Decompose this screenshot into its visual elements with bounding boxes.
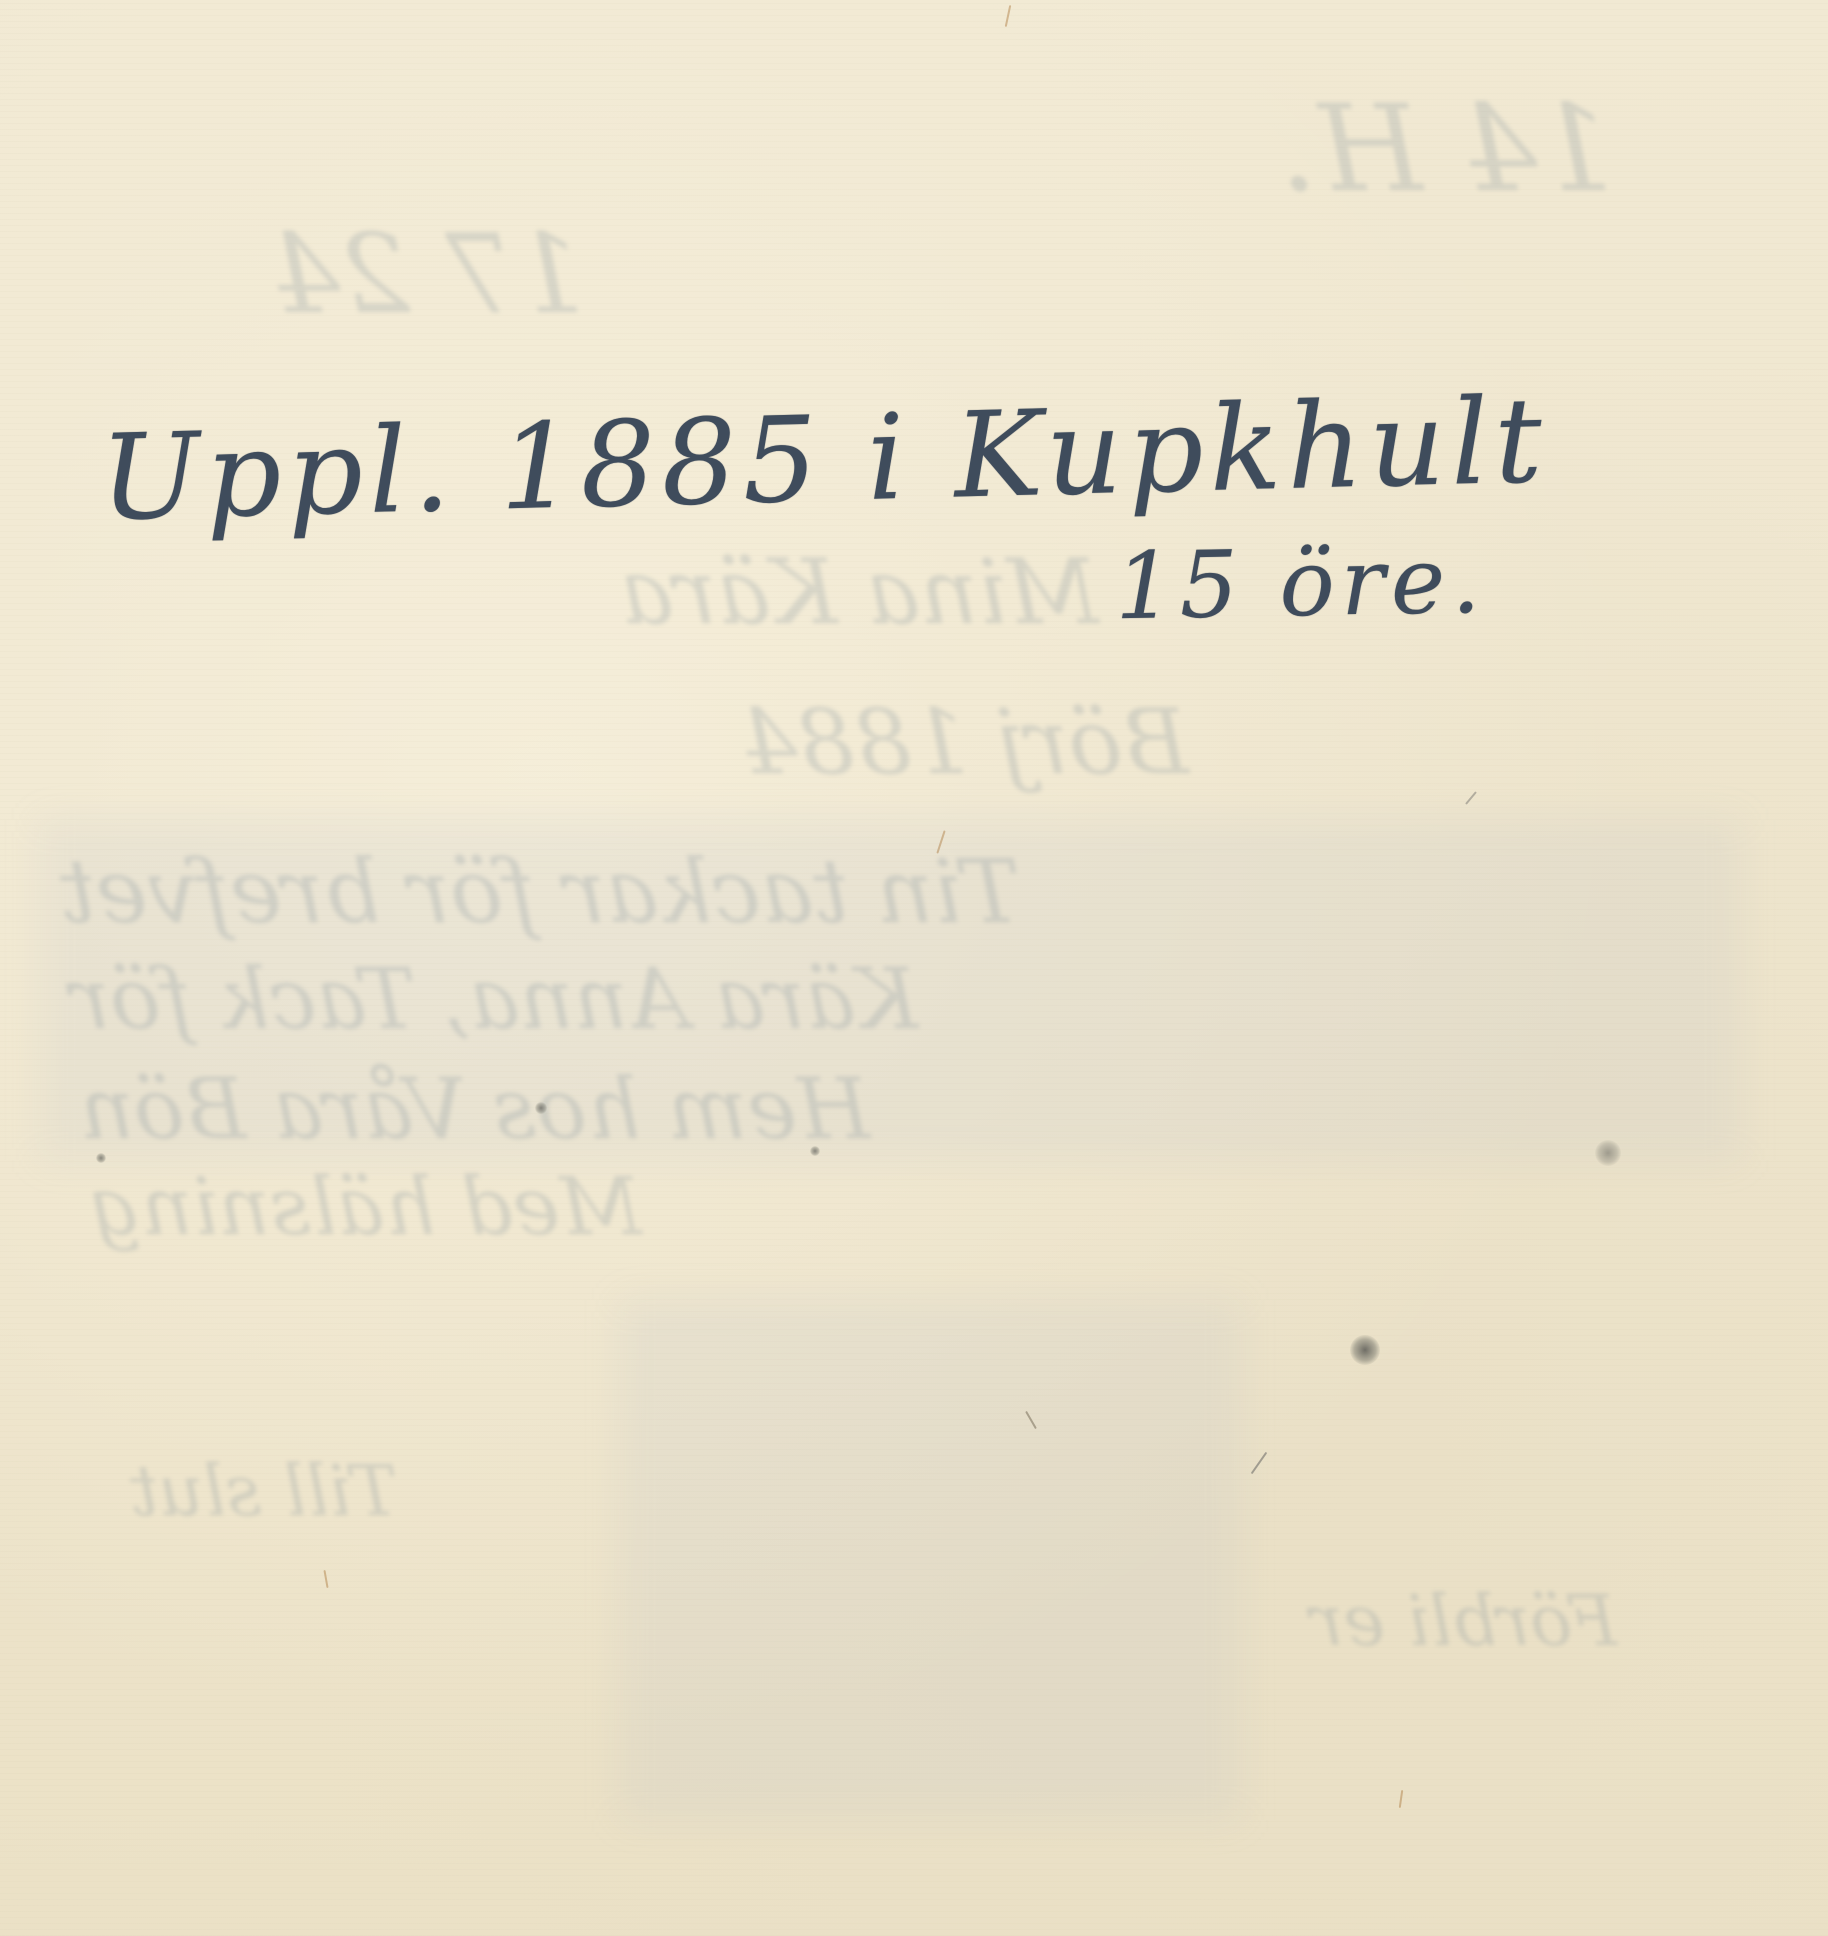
- paper-fiber: [323, 1570, 328, 1588]
- paper-fiber: [1005, 5, 1012, 27]
- paper-spot: [810, 1146, 820, 1156]
- bleed-through-text: Tin tackar för brefvet: [60, 840, 1020, 943]
- bleed-through-text: Hem hos Våra Bön: [80, 1060, 870, 1158]
- paper-spot: [96, 1153, 106, 1163]
- bleed-through-text: Börj 1884: [740, 690, 1189, 795]
- bleed-through-text: 17 24: [270, 210, 585, 338]
- stain-region: [620, 1300, 1240, 1820]
- handwritten-line-2: 15 öre.: [1114, 527, 1487, 640]
- paper-spot: [1595, 1140, 1621, 1166]
- paper-spot: [1350, 1335, 1380, 1365]
- handwritten-line-1: Uppl. 1885 i Kupkhult: [98, 371, 1549, 547]
- paper-fiber: [1251, 1452, 1268, 1474]
- bleed-through-text: Mina Kära: [620, 540, 1099, 645]
- paper-spot: [535, 1102, 547, 1114]
- bleed-through-text: Kära Anna, Tack för: [70, 950, 918, 1048]
- paper-fiber: [1399, 1790, 1403, 1808]
- bleed-through-text: Till slut: [130, 1450, 398, 1532]
- bleed-through-text: Förbli er: [1310, 1580, 1617, 1662]
- paper-fiber: [1465, 791, 1477, 805]
- bleed-through-text: 14 H.: [1280, 80, 1614, 219]
- bleed-through-text: Med hälsning: [90, 1160, 642, 1253]
- document-page: 14 H. 17 24 Mina Kära Börj 1884 Tin tack…: [0, 0, 1828, 1936]
